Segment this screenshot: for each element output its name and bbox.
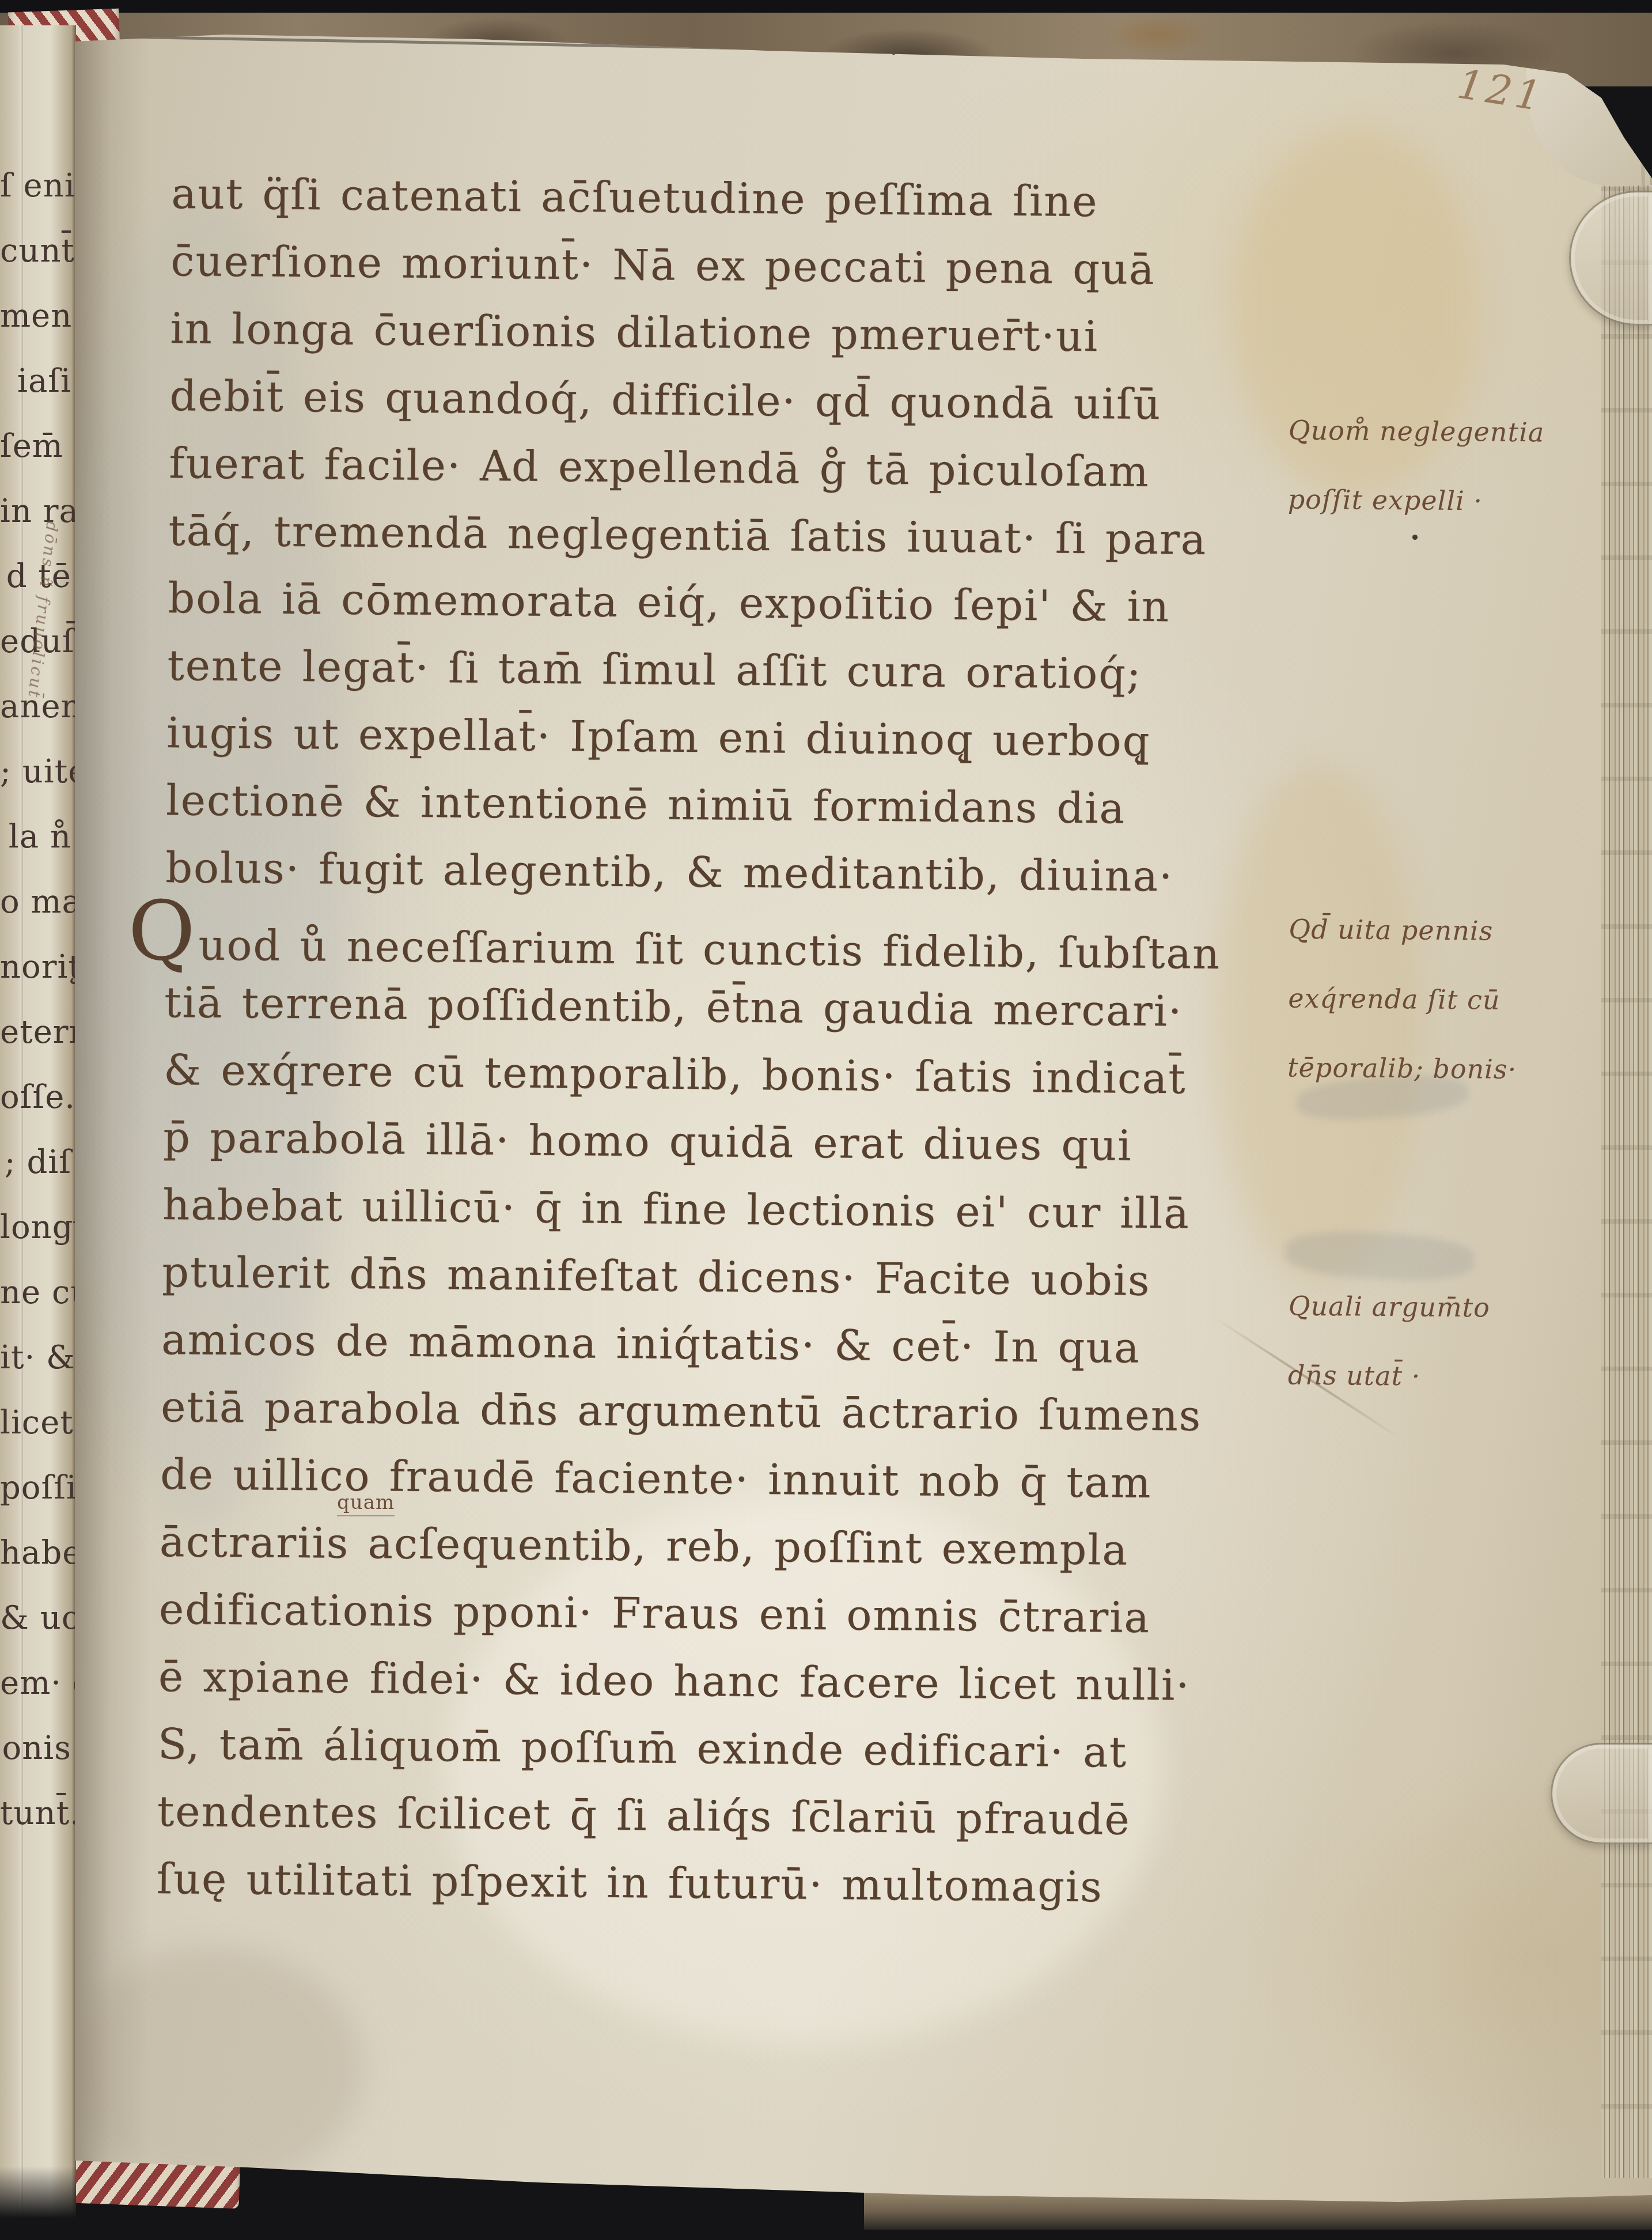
text-line: bolus· fugit alegentib, & meditantib, di…	[165, 834, 1324, 912]
facing-text-fragment: it· &	[0, 1339, 71, 1404]
text-line: p̄ parabolā illā· homo quidā erat diues …	[163, 1104, 1321, 1182]
facing-text-fragment: ; uite	[0, 753, 71, 818]
margin-note-1: Quom̊ neglegentiapoſſit expelli ·	[1287, 415, 1611, 556]
text-line: habebat uillicū· q̄ in fine lectionis ei…	[162, 1171, 1321, 1249]
drop-cap-initial: Q	[128, 901, 196, 955]
text-line: tāq́, tremendā neglegentiā ſatis iuuat· …	[168, 497, 1327, 575]
margin-note-line: tēporalib; bonis·	[1287, 1052, 1610, 1124]
text-line: edificationis pponi· Fraus eni omnis c̄t…	[159, 1576, 1317, 1653]
facing-page-text-fragments: ſ enicunt̄.meniaſiſem̄ cain rad tēeduſ̄;…	[0, 167, 71, 1860]
text-line: aut q̈ſi catenati ac̄ſuetudine peſſima ſ…	[171, 160, 1329, 238]
margin-note-line: poſſit expelli ·	[1287, 484, 1611, 556]
parchment-stain	[63, 1947, 363, 2189]
text-line: debit̄ eis quandoq́, difficile· qd̄ quon…	[169, 362, 1328, 440]
facing-text-fragment: habe	[0, 1534, 71, 1599]
facing-text-fragment: & uo	[0, 1599, 71, 1664]
text-line: & exq́rere cū temporalib, bonis· ſatis i…	[164, 1036, 1322, 1114]
facing-text-fragment: oſſe.	[0, 1079, 71, 1144]
text-line: bola iā cōmemorata eiq́, expoſitio ſepi'…	[168, 565, 1326, 642]
text-line: Quod ů neceſſarium ſit cunctis fidelib, …	[165, 902, 1323, 979]
text-line: c̄uerſione moriunt̄· Nā ex peccati pena …	[170, 228, 1329, 305]
vellum-tab-upper	[1569, 191, 1652, 326]
text-line: tiā terrenā poſſidentib, ēt̄na gaudia me…	[164, 969, 1323, 1047]
text-line: etiā parabola dn̄s argumentū āctrario ſu…	[161, 1373, 1319, 1451]
main-text: aut q̈ſi catenati ac̄ſuetudine peſſima ſ…	[156, 160, 1329, 1923]
text-line: lectionē & intentionē nimiū formidans di…	[166, 767, 1324, 845]
facing-text-fragment: ; diſ	[0, 1144, 71, 1209]
text-line: ſuę utilitati pſpexit in futurū· multoma…	[156, 1845, 1314, 1923]
text-line: fuerat facile· Ad expellendā g̊ tā picul…	[169, 430, 1327, 508]
text-line: ē xpiane fidei· & ideo hanc facere licet…	[158, 1643, 1317, 1721]
facing-text-fragment: ſ eni	[0, 167, 71, 232]
facing-text-fragment: la n̊	[0, 818, 71, 883]
facing-text-fragment: licet	[0, 1404, 71, 1469]
text-line: tendentes ſcilicet q̄ ſi aliq́s ſc̄lariū…	[157, 1778, 1315, 1856]
facing-text-fragment: tunt̄.	[0, 1795, 71, 1860]
facing-text-fragment: ſem̄ ca	[0, 427, 71, 493]
margin-note-3: Quali argum̄todn̄s utat̄ ·	[1287, 1291, 1611, 1432]
facing-text-fragment: onis	[0, 1730, 71, 1795]
margin-note-line: Quom̊ neglegentia	[1288, 415, 1611, 487]
text-line: āctrariis acſequentib, reb, poſſint exem…	[160, 1508, 1318, 1586]
facing-page-edge: ſ enicunt̄.meniaſiſem̄ cain rad tēeduſ̄;…	[0, 25, 76, 2218]
facing-text-fragment: poſſiſ̄.	[0, 1469, 71, 1534]
margin-note-line: Qd̄ uita pennis	[1289, 914, 1612, 986]
facing-text-fragment: ne cunc	[0, 1274, 71, 1339]
text-line: de uillico fraudē faciente· innuit nob q…	[160, 1441, 1318, 1519]
vellum-tab-lower	[1551, 1743, 1652, 1844]
text-line: in longa c̄uerſionis dilatione pmeruer̄t…	[170, 295, 1328, 373]
text-line: ptulerit dn̄s manifeſtat dicens· Facite …	[162, 1239, 1320, 1316]
facing-text-fragment: eterna	[0, 1013, 71, 1079]
facing-text-fragment: norit̨	[0, 948, 71, 1013]
facing-text-fragment: cunt̄.	[0, 232, 71, 297]
manuscript-scan: ſ enicunt̄.meniaſiſem̄ cain rad tēeduſ̄;…	[0, 0, 1652, 2240]
margin-note-line: exq́renda ſit cū	[1287, 983, 1611, 1055]
facing-text-fragment: iaſi	[0, 362, 71, 427]
facing-text-fragment: men	[0, 297, 71, 362]
facing-text-fragment: em· de	[0, 1664, 71, 1730]
text-line: tente legat̄· ſi tam̄ ſimul aſſit cura o…	[167, 632, 1325, 710]
margin-note-line: dn̄s utat̄ ·	[1287, 1360, 1611, 1432]
text-line: S, tam̄ áliquom̄ poſſum̄ exinde edificar…	[157, 1711, 1316, 1788]
facing-text-fragment: longv̈	[0, 1209, 71, 1274]
margin-note-2: Qd̄ uita pennisexq́renda ſit cūtēporalib…	[1287, 914, 1611, 1124]
text-line: amicos de māmona iniq́tatis· & cet̄· In …	[161, 1306, 1320, 1384]
margin-note-line: Quali argum̄to	[1288, 1291, 1611, 1363]
facing-text-fragment: o maxi	[0, 883, 71, 948]
interlinear-gloss: quam	[337, 1491, 395, 1516]
text-line: iugis ut expellat̄· Ipſam eni diuinoq̨ u…	[166, 699, 1325, 777]
manuscript-page: 121 aut q̈ſi catenati ac̄ſuetudine peſſi…	[75, 29, 1652, 2218]
